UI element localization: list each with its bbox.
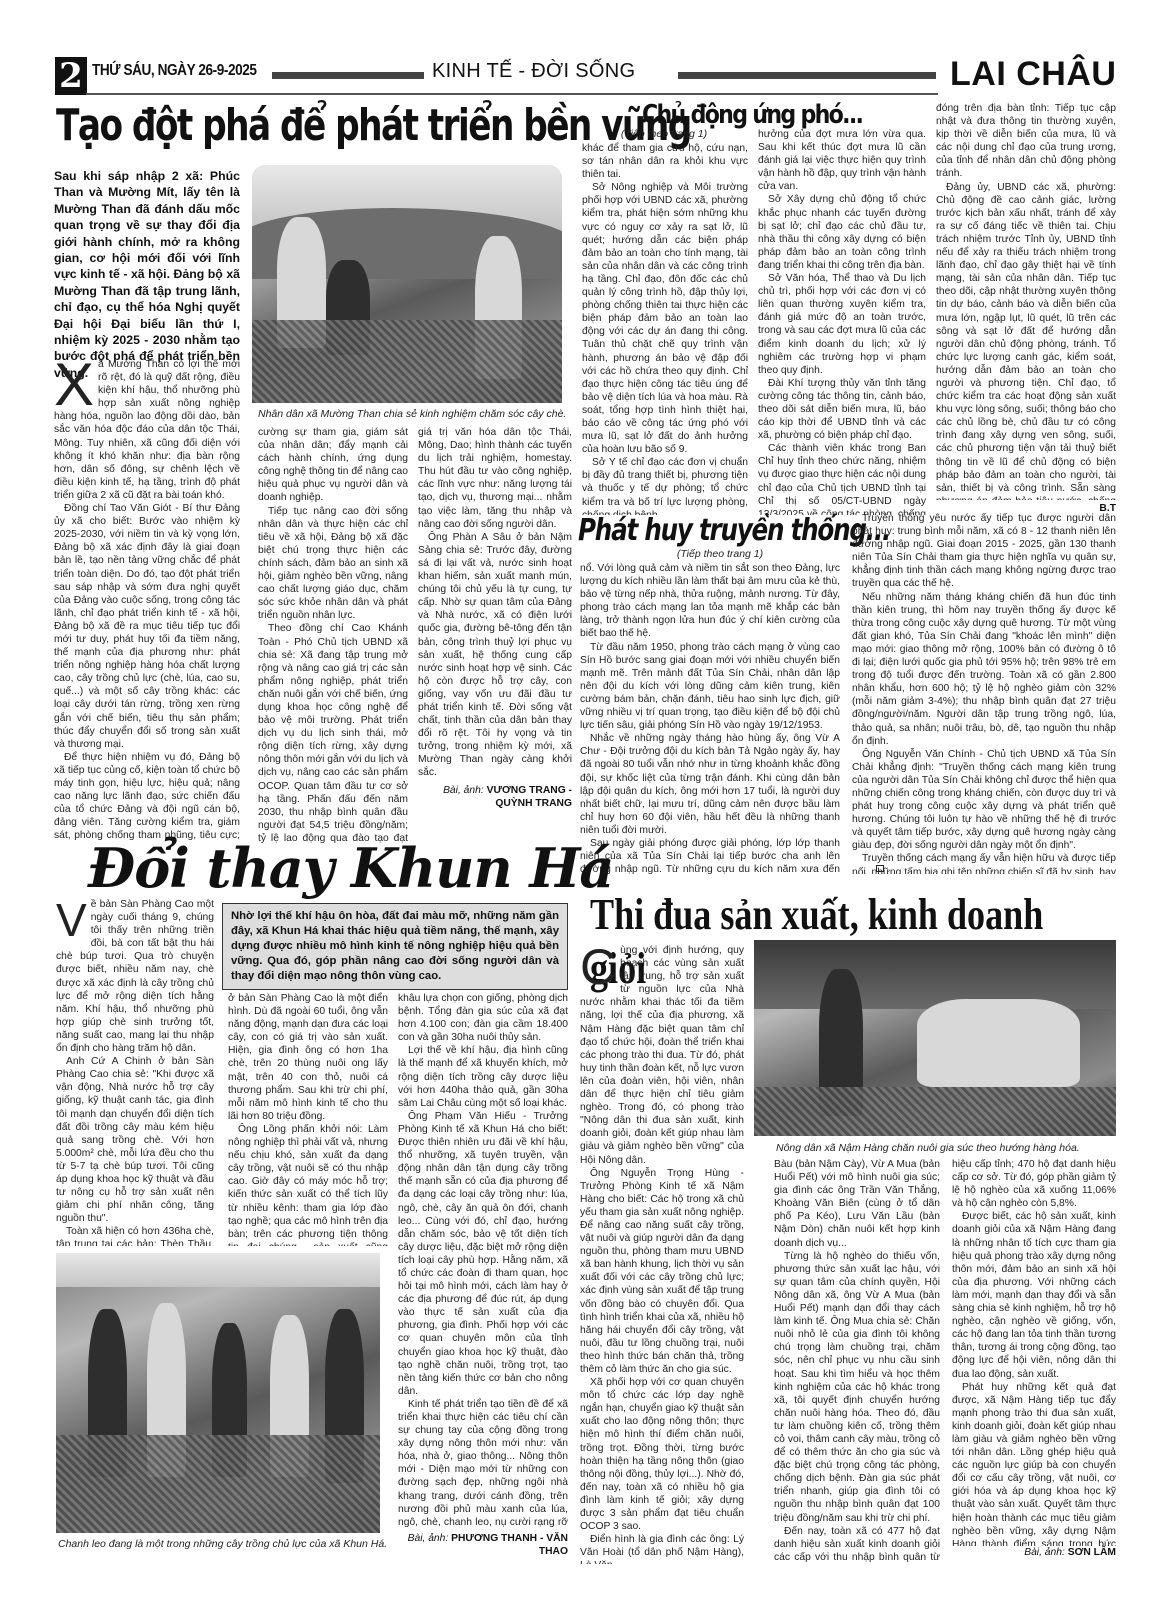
article2-column-1: khác để tham gia cứu hộ, cứu nạn, sơ tán… <box>582 142 748 515</box>
page-number: 2 <box>55 57 87 95</box>
article5-column-2: Bàu (bản Nậm Cày), Vừ A Mua (bản Huổi Pế… <box>774 1158 940 1564</box>
article1-column-1: X ã Mường Than có lợi thế mới rõ rệt, đó… <box>54 358 240 843</box>
article3-continued: (Tiếp theo trang 1) <box>640 548 800 560</box>
article5-photo <box>754 940 1116 1136</box>
dropcap: C <box>580 946 616 988</box>
article3-column-2: Truyền thống yêu nước ấy tiếp tục được n… <box>852 512 1116 874</box>
article1-photo <box>252 165 562 403</box>
article2-headline: Chủ động ứng phó... <box>642 99 862 131</box>
article4-column-3: khâu lựa chọn con giống, phòng dịch bệnh… <box>398 992 568 1528</box>
article3-headline: Phát huy truyền thống... <box>578 512 890 550</box>
article2-column-3: đóng trên địa bàn tỉnh: Tiếp tục cập nhậ… <box>936 102 1116 500</box>
dropcap: X <box>54 360 94 410</box>
newspaper-brand: LAI CHÂU <box>950 55 1116 94</box>
end-of-article-icon <box>876 865 884 872</box>
masthead-rule-left <box>272 72 424 79</box>
article4-column-1: V ề bản Sàn Phàng Cao một ngày cuối thán… <box>56 898 214 1246</box>
article2-column-2: hưởng của đợt mưa lớn vừa qua. Sau khi k… <box>758 128 926 515</box>
article4-headline: Đổi thay Khun Há <box>88 836 613 900</box>
article5-photo-caption: Nông dân xã Nậm Hàng chăn nuôi gia súc t… <box>776 1142 1080 1154</box>
dateline: THỨ SÁU, NGÀY 26-9-2025 <box>92 62 257 80</box>
article1-byline: Bài, ảnh: VƯƠNG TRANG - QUỲNH TRANG <box>418 784 572 810</box>
article4-column-2: ở bản Sàn Phàng Cao là một điển hình. Dù… <box>228 992 388 1246</box>
section-title: KINH TẾ - ĐỜI SỐNG <box>432 60 635 83</box>
article1-column-3: giá trị văn hóa dân tộc Thái, Mông, Dao;… <box>418 426 572 781</box>
article5-byline: Bài, ảnh: SƠN LÂM <box>952 1547 1116 1558</box>
dropcap: V <box>56 900 87 940</box>
article4-boxed-lead: Nhờ lợi thế khí hậu ôn hòa, đất đai màu … <box>222 903 568 990</box>
article2-continued: (Tiếp theo trang 1) <box>580 128 748 140</box>
masthead-underline <box>86 93 938 95</box>
masthead-rule-right <box>678 72 936 79</box>
article4-photo <box>56 1253 380 1533</box>
article5-column-1: C ùng với định hướng, quy hoạch các vùng… <box>580 944 744 1564</box>
article3-column-1: nổ. Với lòng quả cảm và niềm tin sắt son… <box>580 562 840 874</box>
article1-lead: Sau khi sáp nhập 2 xã: Phúc Than và Mườn… <box>54 168 240 381</box>
article1-photo-caption: Nhân dân xã Mường Than chia sẻ kinh nghi… <box>258 408 566 420</box>
article4-photo-caption: Chanh leo đang là một trong những cây tr… <box>58 1538 387 1550</box>
article1-column-2: cường sự tham gia, giám sát của nhân dân… <box>258 426 408 844</box>
article4-byline: Bài, ảnh: PHƯƠNG THANH - VĂN THAO <box>398 1532 568 1558</box>
article5-column-3: hiệu cấp tỉnh; 470 hộ đạt danh hiệu cấp … <box>952 1158 1116 1546</box>
